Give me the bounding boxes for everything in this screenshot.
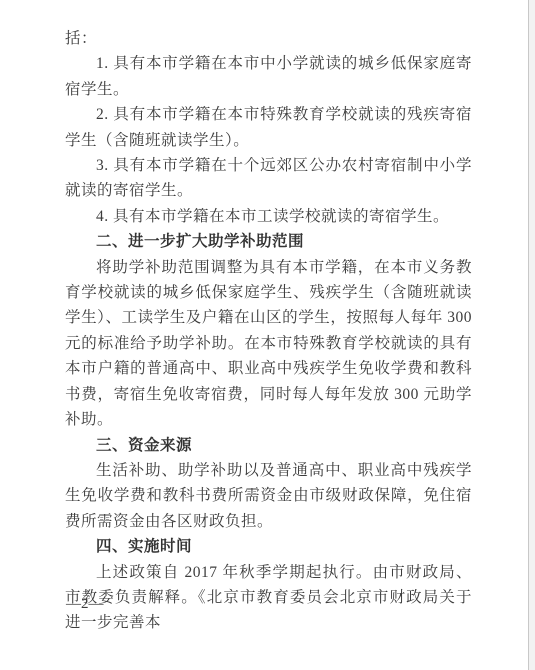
page-scan-edge [528, 0, 535, 670]
list-item-3: 3. 具有本市学籍在十个远郊区公办农村寄宿制中小学就读的寄宿学生。 [65, 153, 472, 204]
document-body: 括： 1. 具有本市学籍在本市中小学就读的城乡低保家庭寄宿学生。 2. 具有本市… [65, 26, 472, 636]
list-item-1: 1. 具有本市学籍在本市中小学就读的城乡低保家庭寄宿学生。 [65, 51, 472, 102]
section-heading-expand-subsidy-scope: 二、进一步扩大助学补助范围 [65, 229, 472, 254]
page-number: —2— [66, 595, 104, 613]
section-heading-implementation-time: 四、实施时间 [65, 534, 472, 559]
section-heading-funding-source: 三、资金来源 [65, 433, 472, 458]
section-paragraph-implementation-time: 上述政策自 2017 年秋季学期起执行。由市财政局、市教委负责解释。《北京市教育… [65, 560, 472, 636]
section-paragraph-funding-source: 生活补助、助学补助以及普通高中、职业高中残疾学生免收学费和教科书费所需资金由市级… [65, 458, 472, 534]
scanned-document-page: { "colors": { "page_background": "#fffff… [0, 0, 535, 670]
continuation-line: 括： [65, 26, 472, 51]
section-paragraph-expand-subsidy-scope: 将助学补助范围调整为具有本市学籍，在本市义务教育学校就读的城乡低保家庭学生、残疾… [65, 255, 472, 433]
list-item-4: 4. 具有本市学籍在本市工读学校就读的寄宿学生。 [65, 204, 472, 229]
list-item-2: 2. 具有本市学籍在本市特殊教育学校就读的残疾寄宿学生（含随班就读学生）。 [65, 102, 472, 153]
